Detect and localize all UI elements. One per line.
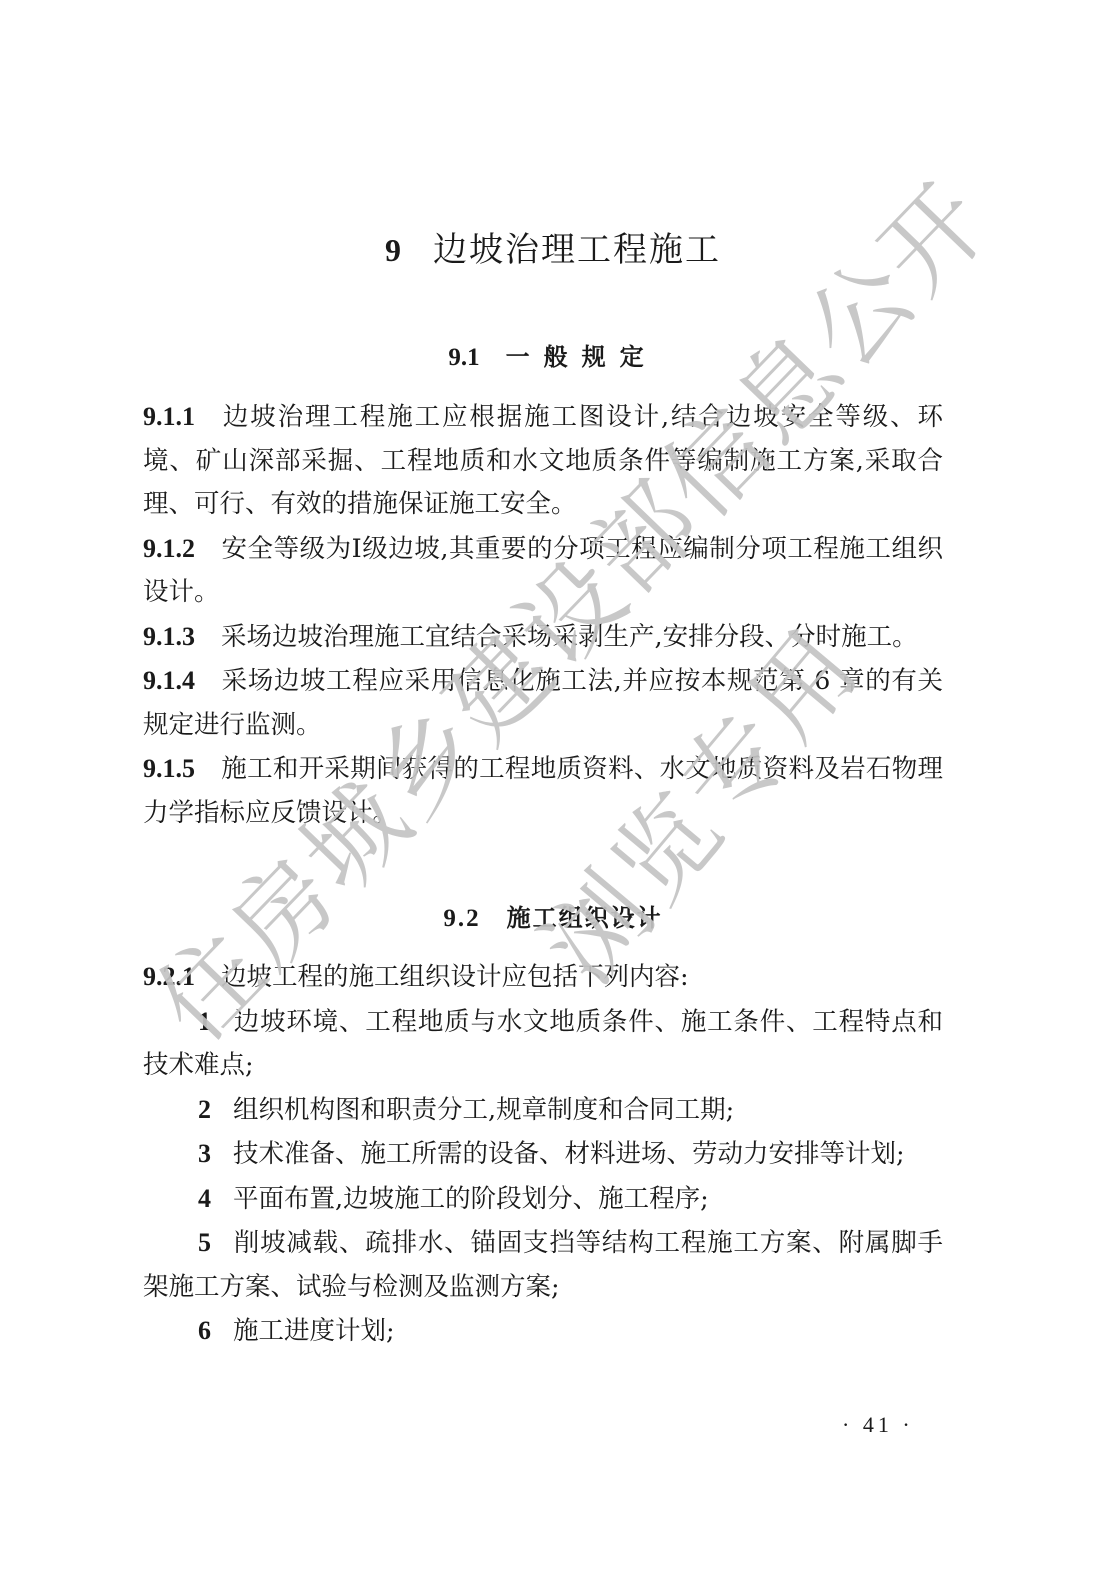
item-text: 削坡减载、疏排水、锚固支挡等结构工程施工方案、附属脚手架施工方案、试验与检测及监… [143, 1228, 943, 1302]
item-text: 边坡环境、工程地质与水文地质条件、施工条件、工程特点和技术难点; [143, 1007, 943, 1081]
item-number: 6 [198, 1316, 211, 1345]
section-heading-9-2: 9.2施工组织设计 [0, 898, 1106, 933]
clause-text: 采场边坡工程应采用信息化施工法,并应按本规范第 6 章的有关规定进行监测。 [143, 666, 943, 740]
list-item-4: 4平面布置,边坡施工的阶段划分、施工程序; [143, 1177, 943, 1222]
item-text: 技术准备、施工所需的设备、材料进场、劳动力安排等计划; [233, 1139, 905, 1169]
item-number: 2 [198, 1095, 211, 1124]
item-number: 3 [198, 1139, 211, 1168]
section-number: 9.1 [448, 344, 479, 371]
section-title-text: 一般规定 [506, 343, 658, 371]
clause-number: 9.1.5 [143, 754, 195, 783]
list-item-5: 5削坡减载、疏排水、锚固支挡等结构工程施工方案、附属脚手架施工方案、试验与检测及… [143, 1221, 943, 1309]
list-item-2: 2组织机构图和职责分工,规章制度和合同工期; [143, 1088, 943, 1133]
clause-number: 9.1.1 [143, 402, 195, 431]
item-number: 1 [198, 1007, 211, 1036]
list-item-1: 1边坡环境、工程地质与水文地质条件、施工条件、工程特点和技术难点; [143, 1000, 943, 1088]
item-text: 组织机构图和职责分工,规章制度和合同工期; [233, 1095, 734, 1125]
clause-9-1-3: 9.1.3采场边坡治理施工宜结合采场采剥生产,安排分段、分时施工。 [143, 615, 943, 660]
clause-number: 9.1.3 [143, 622, 195, 651]
clause-9-1-5: 9.1.5施工和开采期间获得的工程地质资料、水文地质资料及岩石物理力学指标应反馈… [143, 747, 943, 835]
clause-text: 安全等级为Ⅰ级边坡,其重要的分项工程应编制分项工程施工组织设计。 [143, 534, 943, 608]
list-item-6: 6施工进度计划; [143, 1309, 943, 1354]
clause-9-2-1: 9.2.1边坡工程的施工组织设计应包括下列内容: [143, 955, 943, 1000]
section-title-text: 施工组织设计 [507, 904, 663, 932]
clause-9-1-1: 9.1.1边坡治理工程施工应根据施工图设计,结合边坡安全等级、环境、矿山深部采掘… [143, 395, 943, 527]
chapter-number: 9 [385, 232, 403, 268]
clause-9-1-2: 9.1.2安全等级为Ⅰ级边坡,其重要的分项工程应编制分项工程施工组织设计。 [143, 527, 943, 615]
clause-number: 9.1.4 [143, 666, 195, 695]
clause-text: 施工和开采期间获得的工程地质资料、水文地质资料及岩石物理力学指标应反馈设计。 [143, 754, 943, 828]
clause-9-1-4: 9.1.4采场边坡工程应采用信息化施工法,并应按本规范第 6 章的有关规定进行监… [143, 659, 943, 747]
section-number: 9.2 [443, 905, 480, 932]
section-heading-9-1: 9.1一般规定 [0, 337, 1106, 372]
clause-number: 9.1.2 [143, 534, 195, 563]
item-number: 5 [198, 1228, 211, 1257]
section-9-2-body: 9.2.1边坡工程的施工组织设计应包括下列内容: 1边坡环境、工程地质与水文地质… [143, 955, 943, 1354]
page-number: · 41 · [842, 1412, 914, 1438]
item-number: 4 [198, 1184, 211, 1213]
list-item-3: 3技术准备、施工所需的设备、材料进场、劳动力安排等计划; [143, 1132, 943, 1177]
section-9-1-body: 9.1.1边坡治理工程施工应根据施工图设计,结合边坡安全等级、环境、矿山深部采掘… [143, 395, 943, 835]
chapter-title: 9边坡治理工程施工 [0, 222, 1106, 271]
clause-text: 采场边坡治理施工宜结合采场采剥生产,安排分段、分时施工。 [221, 622, 918, 652]
chapter-title-text: 边坡治理工程施工 [433, 230, 721, 270]
clause-number: 9.2.1 [143, 962, 195, 991]
document-page: 9边坡治理工程施工 9.1一般规定 9.1.1边坡治理工程施工应根据施工图设计,… [0, 0, 1106, 1594]
clause-text: 边坡治理工程施工应根据施工图设计,结合边坡安全等级、环境、矿山深部采掘、工程地质… [143, 402, 943, 519]
clause-text: 边坡工程的施工组织设计应包括下列内容: [221, 962, 689, 992]
item-text: 施工进度计划; [233, 1316, 395, 1346]
item-text: 平面布置,边坡施工的阶段划分、施工程序; [233, 1184, 709, 1214]
